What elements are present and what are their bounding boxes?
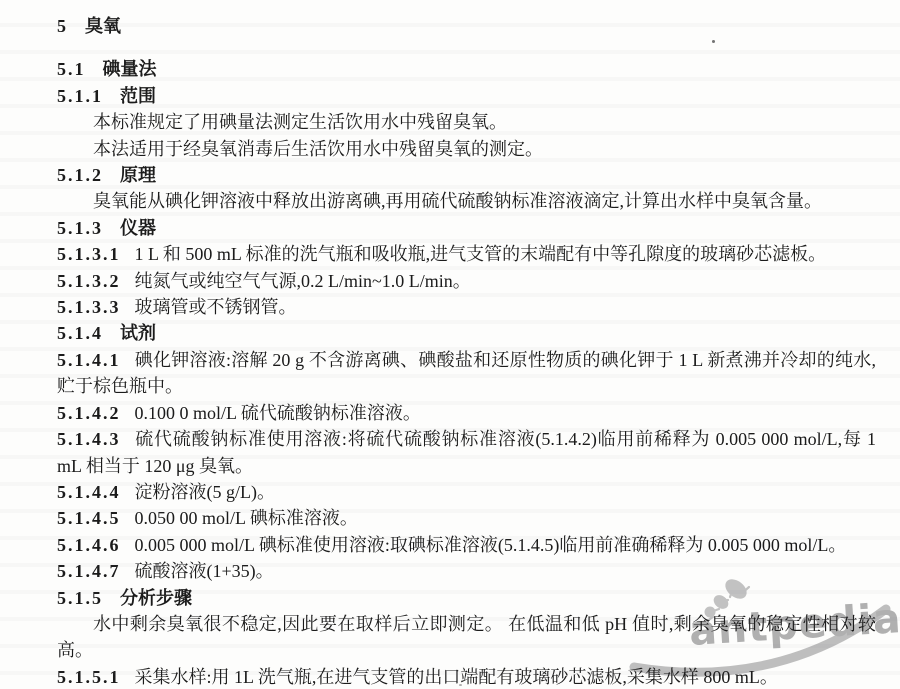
- clause-number: 5.1.4.6: [57, 535, 121, 555]
- heading-5: 5臭氧: [57, 13, 876, 39]
- clause-number: 5.1.4.2: [57, 403, 121, 423]
- paragraph-line: 臭氧能从碘化钾溶液中释放出游离碘,再用硫代硫酸钠标准溶液滴定,计算出水样中臭氧含…: [57, 188, 876, 214]
- heading-5-1: 5.1碘量法: [57, 56, 876, 82]
- line-text: 水中剩余臭氧很不稳定,因此要在取样后立即测定。 在低温和低 pH 值时,剩余臭氧…: [57, 614, 876, 660]
- document-page: antpedia 5臭氧5.1碘量法5.1.1范围本标准规定了用碘量法测定生活饮…: [0, 0, 900, 689]
- line-text: 分析步骤: [120, 588, 192, 608]
- document-content: 5臭氧5.1碘量法5.1.1范围本标准规定了用碘量法测定生活饮用水中残留臭氧。本…: [0, 0, 900, 689]
- paragraph-line: 水中剩余臭氧很不稳定,因此要在取样后立即测定。 在低温和低 pH 值时,剩余臭氧…: [57, 611, 876, 664]
- line-text: 玻璃管或不锈钢管。: [135, 297, 297, 317]
- paragraph-line: 本标准规定了用碘量法测定生活饮用水中残留臭氧。: [57, 109, 876, 135]
- paragraph-line: 本法适用于经臭氧消毒后生活饮用水中残留臭氧的测定。: [57, 136, 876, 162]
- clause-5-1-5-1: 5.1.5.1采集水样:用 1L 洗气瓶,在进气支管的出口端配有玻璃砂芯滤板,采…: [57, 664, 876, 689]
- clause-5-1-3-2: 5.1.3.2纯氮气或纯空气气源,0.2 L/min~1.0 L/min。: [57, 268, 876, 294]
- clause-number: 5.1.1: [57, 86, 103, 106]
- heading-5-1-2: 5.1.2原理: [57, 162, 876, 188]
- line-text: 1 L 和 500 mL 标准的洗气瓶和吸收瓶,进气支管的末端配有中等孔隙度的玻…: [135, 244, 827, 264]
- clause-number: 5.1.4.7: [57, 561, 121, 581]
- clause-number: 5.1.2: [57, 165, 103, 185]
- line-text: 0.100 0 mol/L 硫代硫酸钠标准溶液。: [135, 403, 421, 423]
- line-text: 0.005 000 mol/L 碘标准使用溶液:取碘标准溶液(5.1.4.5)临…: [135, 535, 847, 555]
- clause-5-1-4-1: 5.1.4.1碘化钾溶液:溶解 20 g 不含游离碘、碘酸盐和还原性物质的碘化钾…: [57, 347, 876, 400]
- line-text: 试剂: [120, 323, 156, 343]
- clause-5-1-3-3: 5.1.3.3玻璃管或不锈钢管。: [57, 294, 876, 320]
- line-text: 臭氧能从碘化钾溶液中释放出游离碘,再用硫代硫酸钠标准溶液滴定,计算出水样中臭氧含…: [93, 191, 822, 211]
- clause-number: 5.1.5.1: [57, 667, 121, 687]
- clause-number: 5.1.4: [57, 323, 103, 343]
- clause-number: 5.1.5: [57, 588, 103, 608]
- line-text: 仪器: [120, 218, 156, 238]
- line-text: 本标准规定了用碘量法测定生活饮用水中残留臭氧。: [93, 112, 507, 132]
- heading-5-1-5: 5.1.5分析步骤: [57, 585, 876, 611]
- heading-5-1-1: 5.1.1范围: [57, 83, 876, 109]
- clause-number: 5.1.4.5: [57, 508, 121, 528]
- clause-5-1-3-1: 5.1.3.11 L 和 500 mL 标准的洗气瓶和吸收瓶,进气支管的末端配有…: [57, 241, 876, 267]
- heading-5-1-3: 5.1.3仪器: [57, 215, 876, 241]
- clause-number: 5.1.3.2: [57, 271, 121, 291]
- clause-5-1-4-4: 5.1.4.4淀粉溶液(5 g/L)。: [57, 479, 876, 505]
- line-text: 本法适用于经臭氧消毒后生活饮用水中残留臭氧的测定。: [93, 139, 543, 159]
- clause-number: 5: [57, 16, 68, 36]
- clause-number: 5.1.3.3: [57, 297, 121, 317]
- clause-5-1-4-5: 5.1.4.50.050 00 mol/L 碘标准溶液。: [57, 505, 876, 531]
- line-text: 硫酸溶液(1+35)。: [135, 561, 274, 581]
- clause-number: 5.1.4.4: [57, 482, 121, 502]
- clause-number: 5.1.3: [57, 218, 103, 238]
- line-text: 原理: [120, 165, 156, 185]
- line-text: 纯氮气或纯空气气源,0.2 L/min~1.0 L/min。: [135, 271, 471, 291]
- clause-number: 5.1.3.1: [57, 244, 121, 264]
- line-text: 碘化钾溶液:溶解 20 g 不含游离碘、碘酸盐和还原性物质的碘化钾于 1 L 新…: [57, 350, 876, 396]
- clause-number: 5.1.4.1: [57, 350, 121, 370]
- line-text: 硫代硫酸钠标准使用溶液:将硫代硫酸钠标准溶液(5.1.4.2)临用前稀释为 0.…: [57, 429, 876, 475]
- heading-5-1-4: 5.1.4试剂: [57, 320, 876, 346]
- clause-5-1-4-3: 5.1.4.3硫代硫酸钠标准使用溶液:将硫代硫酸钠标准溶液(5.1.4.2)临用…: [57, 426, 876, 479]
- line-text: 淀粉溶液(5 g/L)。: [135, 482, 275, 502]
- line-text: 碘量法: [103, 59, 157, 79]
- line-text: 0.050 00 mol/L 碘标准溶液。: [135, 508, 358, 528]
- line-text: 范围: [120, 86, 156, 106]
- clause-5-1-4-7: 5.1.4.7硫酸溶液(1+35)。: [57, 558, 876, 584]
- clause-5-1-4-2: 5.1.4.20.100 0 mol/L 硫代硫酸钠标准溶液。: [57, 400, 876, 426]
- clause-5-1-4-6: 5.1.4.60.005 000 mol/L 碘标准使用溶液:取碘标准溶液(5.…: [57, 532, 876, 558]
- line-text: 臭氧: [85, 16, 121, 36]
- line-text: 采集水样:用 1L 洗气瓶,在进气支管的出口端配有玻璃砂芯滤板,采集水样 800…: [135, 667, 778, 687]
- clause-number: 5.1.4.3: [57, 429, 121, 449]
- clause-number: 5.1: [57, 59, 86, 79]
